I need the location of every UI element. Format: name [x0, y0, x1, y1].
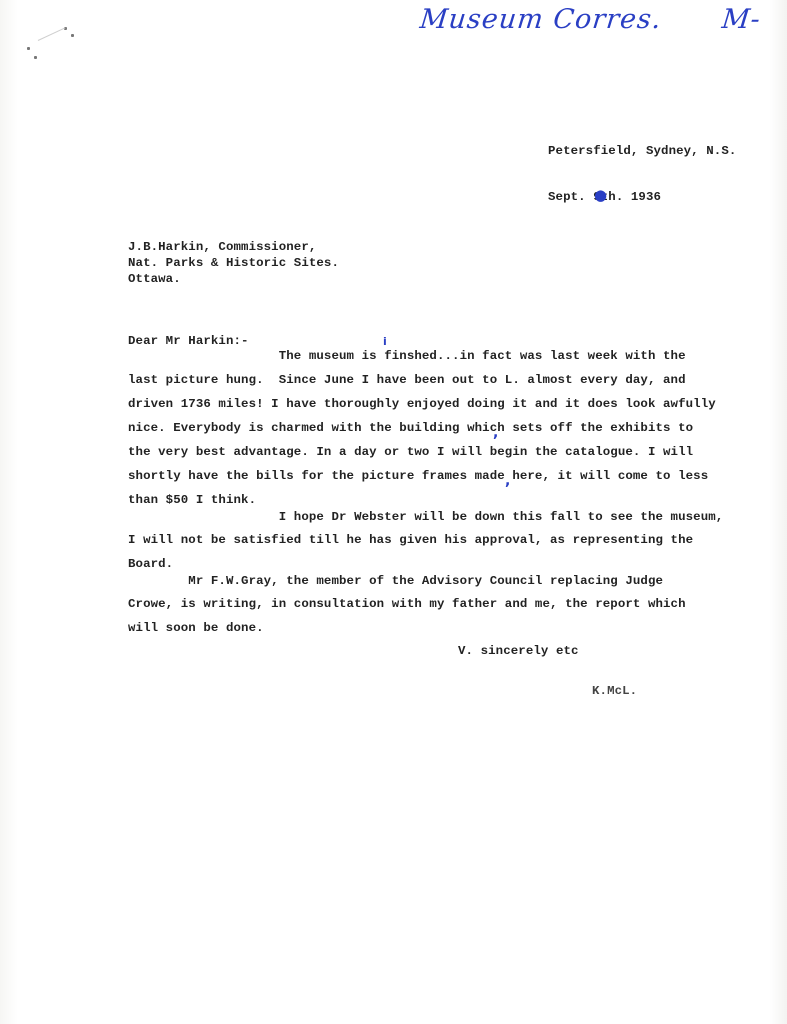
letter-page: Museum Corres. M- Petersfield, Sydney, N…: [0, 0, 787, 1024]
handwritten-insert-i: i: [383, 335, 387, 348]
handwritten-comma: ,: [493, 425, 498, 441]
body-line: shortly have the bills for the picture f…: [128, 469, 708, 483]
recipient-line-1: J.B.Harkin, Commissioner,: [128, 240, 316, 254]
body-line: Board.: [128, 557, 173, 571]
closing: V. sincerely etc: [458, 644, 579, 658]
staple-mark: [71, 34, 74, 37]
signature: K.McL.: [592, 684, 637, 698]
staple-mark: [34, 56, 37, 59]
body-line: the very best advantage. In a day or two…: [128, 445, 693, 459]
recipient-line-3: Ottawa.: [128, 272, 181, 286]
body-line: last picture hung. Since June I have bee…: [128, 373, 686, 387]
body-line: driven 1736 miles! I have thoroughly enj…: [128, 397, 716, 411]
body-line: Mr F.W.Gray, the member of the Advisory …: [128, 574, 663, 588]
body-line: than $50 I think.: [128, 493, 256, 507]
body-line: I will not be satisfied till he has give…: [128, 533, 693, 547]
ink-blot-correction: ●: [594, 186, 607, 204]
handwritten-file-mark: M-: [720, 4, 762, 35]
body-line: nice. Everybody is charmed with the buil…: [128, 421, 693, 435]
body-line: I hope Dr Webster will be down this fall…: [128, 510, 723, 524]
body-line: will soon be done.: [128, 621, 264, 635]
handwritten-comma: ,: [505, 473, 510, 489]
staple-trace: [38, 27, 66, 41]
salutation: Dear Mr Harkin:-: [128, 334, 249, 348]
staple-mark: [27, 47, 30, 50]
sender-address: Petersfield, Sydney, N.S.: [548, 144, 736, 158]
body-line: Crowe, is writing, in consultation with …: [128, 597, 686, 611]
recipient-line-2: Nat. Parks & Historic Sites.: [128, 256, 339, 270]
handwritten-file-note: Museum Corres.: [418, 4, 663, 35]
body-line: The museum is finshed...in fact was last…: [128, 349, 686, 363]
